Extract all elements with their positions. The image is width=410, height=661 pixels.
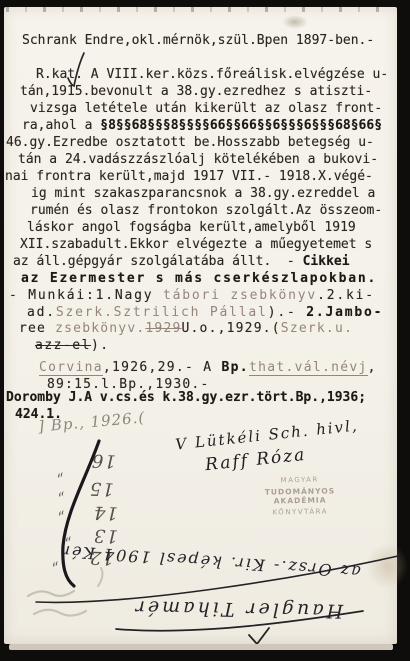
typed-line: az áll.gépgyár szolgálatába állt. - Cikk… [13,255,350,269]
typed-line: ree zsebkönyv.1929U.o.,1929.(Szerk.u. [19,322,353,336]
library-stamp: MAGYAR TUDOMÁNYOS AKADÉMIA KÖNYVTÁRA [238,475,363,517]
typed-line: Doromby J.A v.cs.és k.38.gy.ezr.tört.Bp.… [6,391,366,405]
typed-line: XII.szabadult.Ekkor elvégezte a műegyete… [20,238,372,252]
pencil-margin-number: 16 [91,450,117,472]
typed-line: Corvina,1926,29.- A Bp.that.vál.névj, [39,361,377,375]
typed-line: ad.Szerk.Sztrilich Pállal).- 2.Jambo- [27,306,383,320]
typed-line: rumén és olasz frontokon szolgált.Az öss… [30,204,382,218]
pencil-margin-number: 14 [93,502,119,524]
scanned-card-photo: Schrank Endre,okl.mérnök,szül.Bpen 1897-… [0,0,410,661]
typed-line: - Munkái:1.Nagy tábori zsebkönyv.2.ki- [9,289,375,303]
typed-line: tán,1915.bevonult a 38.gy.ezredhez s ati… [20,85,372,99]
typed-line: ig mint szakaszparancsnok a 38.gy.ezredd… [31,187,375,201]
typed-line: azz-el). [35,339,110,353]
typed-line: az Ezermester s más cserkészlapokban. [21,272,377,286]
paper-smudge [282,15,308,29]
typed-line: láskor angol fogságba került,amelyből 19… [27,221,356,235]
stamp-line-2: TUDOMÁNYOS AKADÉMIA [238,486,362,506]
stamp-line-1: MAGYAR [238,475,362,485]
typed-line: tán a 24.vadászzászlóalj kötelékében a b… [18,153,378,167]
typed-line: R.kat. A VIII.ker.közs.főreálisk.elvégzé… [36,68,388,82]
card-top-edge-specks [6,7,394,12]
typed-line: Schrank Endre,okl.mérnök,szül.Bpen 1897-… [22,34,374,48]
card-bottom-edge [9,644,393,650]
pencil-margin-number: 15 [89,478,115,500]
typed-line: vizsga letétele után kikerült az olasz f… [30,102,382,116]
typed-line: 46.gy.Ezredbe osztatott be.Hosszabb bete… [6,136,374,150]
inverted-name-note: Haugler Tihamér [112,596,364,622]
typed-line: nai frontra került,majd 1917 VII.- 1918.… [5,170,373,184]
typed-line: ra,ahol a §8§§68§§§8§§§§66§§66§§6§§§6§§§… [22,119,382,133]
